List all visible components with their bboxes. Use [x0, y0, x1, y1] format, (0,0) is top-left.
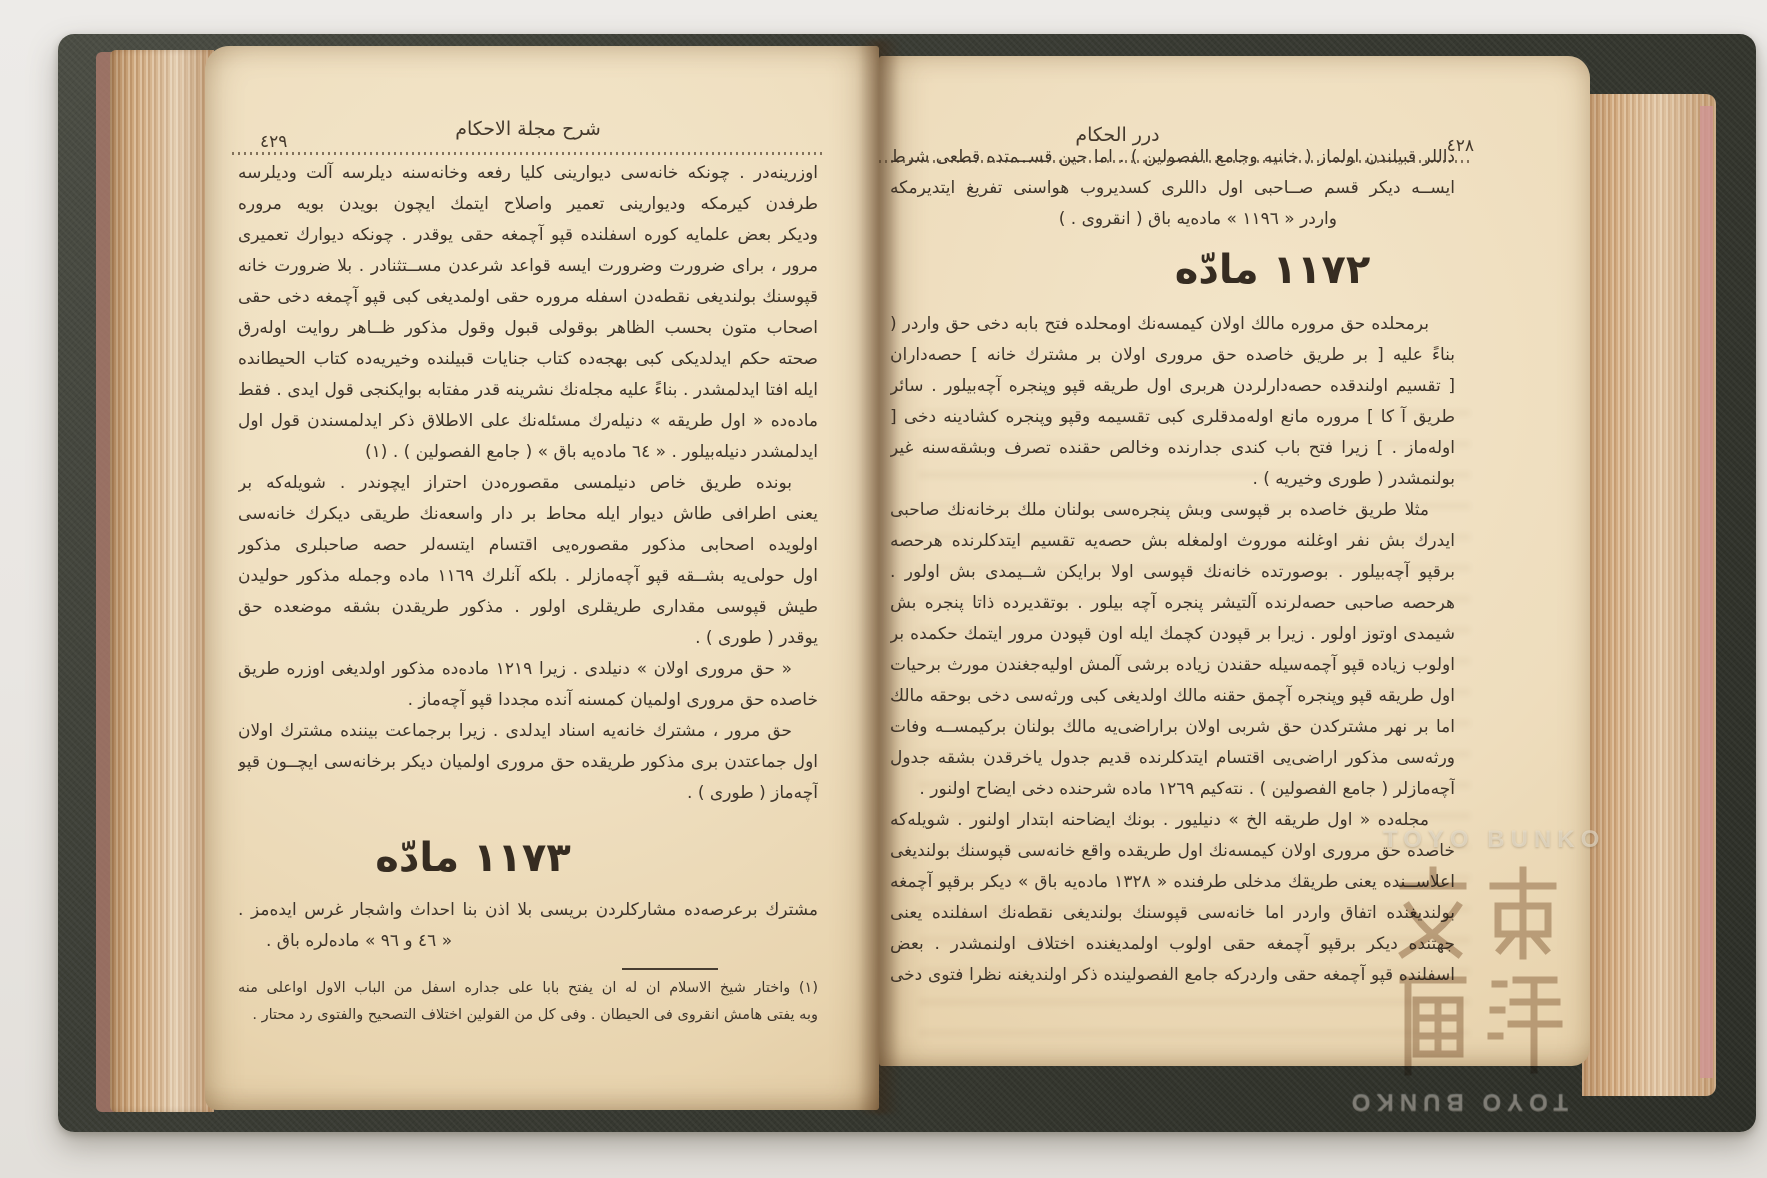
text-line: اسفلنده قپو آچمغه حقى واردركه جامع الفصو…	[890, 960, 1455, 991]
page-number-left: ٤٢٩	[260, 132, 287, 152]
text-line: واردر « ١١٩٦ » ماده‌يه باق ( انقروى . )	[890, 204, 1455, 235]
text-line: ماده‌ده « اول طريقه » دنيله‌رك مسئله‌نك …	[238, 406, 818, 437]
text-line: اولوب زياده قپو آچمه‌سيله حقندن زياده بر…	[890, 650, 1455, 681]
text-line: آچه‌مازلر ( جامع الفصولين ) . نته‌كيم ١٢…	[890, 774, 1455, 805]
text-line: ايدلمشدر دنيله‌بيلور . « ٦٤ ماده‌يه باق …	[238, 437, 818, 468]
text-line: « ٤٦ و ٩٦ » ماده‌لره باق .	[238, 926, 818, 957]
text-line: اول جماعتدن برى مذكور طريقده حق مرورى او…	[238, 747, 818, 778]
page-edge-tint-right	[1700, 106, 1713, 1078]
text-line: طيش قپوسى مقدارى طريقلرى اولور . مذكور ط…	[238, 592, 818, 623]
text-line: قپوسنك بولنديغى نقطه‌دن اسفله مروره حقى …	[238, 282, 818, 313]
text-line: اما بر نهر مشتركدن حق شربى اولان براراضى…	[890, 712, 1455, 743]
text-line: [ تقسيم اولندقده حصه‌دارلردن هربرى اول ط…	[890, 371, 1455, 402]
text-line: ورثه‌سى مذكور اراضى‌يى اقتسام ايتدكلرنده…	[890, 743, 1455, 774]
text-line: اولويده اصحابى مذكور مقصوره‌يى اقتسام اي…	[238, 530, 818, 561]
text-line: جهتنده ديكر برقپو آچمغه حقى اولوب اولمدي…	[890, 929, 1455, 960]
text-line: هرحصه صاحبى حصه‌لرنده آلتيشر پنجره آچه ب…	[890, 588, 1455, 619]
text-line: ايله افتا ايدلمشدر . بناءً عليه مجله‌نك …	[238, 375, 818, 406]
left-page-text: اوزرينه‌در . چونكه خانه‌سى ديوارينى كليا…	[238, 158, 818, 1029]
text-line: خاصده حق مرورى اولميان كمسنه آنده مجددا …	[238, 685, 818, 716]
text-line: اوله‌ماز . ] زيرا فتح باب كندى جدارنده و…	[890, 433, 1455, 464]
text-line: طرفدن كيرمكه وديوارينى تعمير واصلاح ايتم…	[238, 189, 818, 220]
text-line: برمحلده حق مروره مالك اولان كيمسه‌نك اوم…	[890, 309, 1455, 340]
text-line: بونده طريق خاص دنيلمسى مقصوره‌دن احتراز …	[238, 468, 818, 499]
text-line: مثلا طريق خاصده بر قپوسى وبش پنجره‌سى بو…	[890, 495, 1455, 526]
text-line: مرور ، براى ضرورت وضرورت ايسه قواعد شرعد…	[238, 251, 818, 282]
text-line: بولنديغنده اتفاق واردر اما خانه‌سى قپوسن…	[890, 898, 1455, 929]
text-line: مشترك برعرصه‌ده مشاركلردن بريسى بلا اذن …	[238, 895, 818, 926]
text-line: حق مرور ، مشترك خانه‌يه اسناد ايدلدى . ز…	[238, 716, 818, 747]
text-line: خاصده حق مرورى اولان كيمسه‌نك اول طريقده…	[890, 836, 1455, 867]
toyo-bunko-watermark-text: TOYO BUNKO	[1383, 826, 1583, 854]
footnote-separator	[238, 961, 818, 975]
page-edges-left	[110, 50, 214, 1112]
text-line: صحته حكم ايدلديكى كبى بهجه‌ده كتاب جنايا…	[238, 344, 818, 375]
book-photo: شرح مجلة الاحكام ٤٢٩ اوزرينه‌در . چونكه …	[0, 0, 1767, 1178]
text-line: اصحاب متون بحسب الظاهر بوقولى قبول وقول …	[238, 313, 818, 344]
toyo-bunko-watermark-text-flipped: TOYO BUNKO	[1368, 1088, 1568, 1116]
text-line: وديكر بعض علمايه كوره اسفلنده قپو آچمغه …	[238, 220, 818, 251]
text-line: آچه‌ماز ( طورى ) .	[238, 778, 818, 809]
text-line: برقپو آچه‌بيلور . بوصورتده خانه‌نك قپوسى…	[890, 557, 1455, 588]
text-line: اول طريقه قپو وپنجره آچمق حقنه مالك اولد…	[890, 681, 1455, 712]
footnote-line: (١) واختار شيخ الاسلام ان له ان يفتح باب…	[238, 975, 818, 1002]
text-line: اعلاســنده يعنى طريقك مدخلى طرفنده « ١٣٢…	[890, 867, 1455, 898]
page-edges-right	[1582, 94, 1716, 1096]
toyo-bunko-seal-watermark	[1392, 858, 1564, 1080]
text-line: اول حولى‌يه بشــقه قپو آچه‌مازلر . بلكه …	[238, 561, 818, 592]
text-line: مجله‌ده « اول طريقه الخ » دنيليور . بونك…	[890, 805, 1455, 836]
text-line: بولنمشدر ( طورى وخيريه ) .	[890, 464, 1455, 495]
text-line: شيمدى اوتوز اولور . زيرا بر قپودن كچمك ا…	[890, 619, 1455, 650]
text-line: « حق مرورى اولان » دنيلدى . زيرا ١٢١٩ ما…	[238, 654, 818, 685]
article-heading: ١١٧٢ مادّه	[990, 239, 1555, 303]
left-page: شرح مجلة الاحكام ٤٢٩ اوزرينه‌در . چونكه …	[205, 46, 879, 1110]
text-line: يعنى اطرافى طاش ديوار ايله محاط بر دار و…	[238, 499, 818, 530]
text-line: يوقدر ( طورى ) .	[238, 623, 818, 654]
text-line: طريق آ كا ] مروره مانع اوله‌مدقلرى كبى ت…	[890, 402, 1455, 433]
text-line: ايدرك بش نفر اوغلنه موروث اولمغله بش حصه…	[890, 526, 1455, 557]
seal-strokes	[1403, 870, 1559, 1072]
right-page-text: داللر قبيلندن اولماز ( خانيه وجامع الفصو…	[890, 142, 1455, 991]
text-line: داللر قبيلندن اولماز ( خانيه وجامع الفصو…	[890, 142, 1455, 173]
footnote-line: وبه يفتى هامش انقروى فى الحيطان . وفى كل…	[238, 1002, 818, 1029]
text-line: اوزرينه‌در . چونكه خانه‌سى ديوارينى كليا…	[238, 158, 818, 189]
gutter-shadow	[858, 40, 900, 1114]
running-title-left: شرح مجلة الاحكام	[238, 118, 818, 140]
text-line: بناءً عليه [ بر طريق خاصده حق مرورى اولا…	[890, 340, 1455, 371]
article-heading: ١١٧٣ مادّه	[183, 827, 763, 891]
text-line: ايســه ديكر قسم صــاحبى اول داللرى كسدير…	[890, 173, 1455, 204]
header-rule-left	[232, 152, 824, 155]
